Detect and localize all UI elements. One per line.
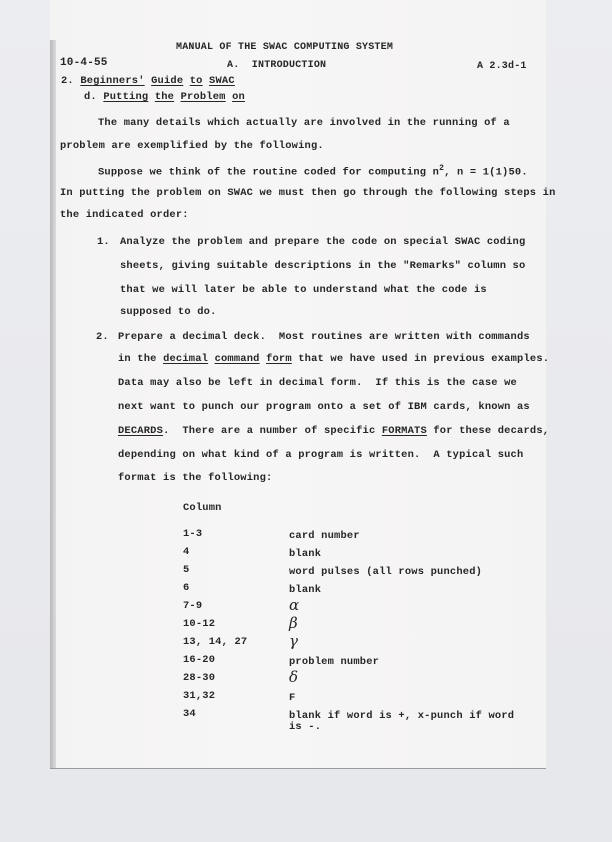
step-1-line: that we will later be able to understand… — [120, 284, 487, 296]
format-row-column: 31,32 — [183, 690, 215, 702]
page-id: A 2.3d-1 — [477, 61, 527, 72]
format-row-meaning: β — [289, 614, 298, 632]
format-row-meaning: α — [289, 596, 299, 614]
underlined-term: command — [215, 353, 260, 365]
format-row-column: 16-20 — [183, 654, 215, 666]
heading-2-word: Beginners' — [80, 75, 144, 87]
format-row-column: 10-12 — [183, 618, 215, 630]
text: in the — [118, 353, 163, 365]
heading-2-number: 2. — [61, 75, 74, 87]
heading-d-word: the — [155, 91, 174, 103]
text: , n = 1(1)50. — [444, 166, 528, 178]
format-row-meaning: blank — [289, 548, 321, 560]
step-2-line: format is the following: — [118, 472, 272, 484]
format-row-meaning: δ — [289, 668, 298, 686]
format-row-meaning: blank — [289, 584, 321, 596]
heading-d-word: on — [232, 91, 245, 103]
text: Suppose we think of the routine coded fo… — [98, 166, 439, 178]
step-2-line: Data may also be left in decimal form. I… — [118, 377, 517, 389]
step-1-line: sheets, giving suitable descriptions in … — [120, 260, 525, 272]
format-row-meaning: F — [289, 692, 295, 704]
paragraph-2-line: In putting the problem on SWAC we must t… — [60, 187, 556, 199]
heading-d-word: Problem — [181, 91, 226, 103]
format-row-meaning: is -. — [289, 721, 321, 733]
step-2-number: 2. — [96, 331, 109, 343]
format-row-column: 28-30 — [183, 672, 215, 684]
format-row-meaning: γ — [289, 632, 298, 650]
step-1-number: 1. — [97, 236, 110, 248]
heading-2-word: to — [190, 75, 203, 87]
text: that we have used in previous examples. — [292, 353, 549, 365]
manual-title: MANUAL OF THE SWAC COMPUTING SYSTEM — [176, 42, 393, 53]
format-row-column: 4 — [183, 546, 189, 558]
format-row-meaning: card number — [289, 530, 360, 542]
underlined-term: decimal — [163, 353, 208, 365]
format-row-column: 34 — [183, 708, 196, 720]
format-row-column: 6 — [183, 582, 189, 594]
heading-d-word: Putting — [103, 91, 148, 103]
heading-2: 2. Beginners' Guide to SWAC — [61, 75, 235, 87]
paragraph-1-line: The many details which actually are invo… — [98, 117, 510, 129]
heading-d: d. Putting the Problem on — [84, 91, 245, 103]
document-date: 10-4-55 — [60, 57, 108, 69]
format-row-column: 5 — [183, 564, 189, 576]
heading-d-number: d. — [84, 91, 97, 103]
format-row-column: 1-3 — [183, 528, 202, 540]
underlined-term: FORMATS — [382, 425, 427, 437]
step-2-line: Prepare a decimal deck. Most routines ar… — [118, 331, 530, 343]
underlined-term: DECARDS — [118, 425, 163, 437]
format-row-column: 7-9 — [183, 600, 202, 612]
heading-2-word: SWAC — [209, 75, 235, 87]
step-2-line: depending on what kind of a program is w… — [118, 449, 523, 461]
format-row-column: 13, 14, 27 — [183, 636, 247, 648]
paragraph-2-line: the indicated order: — [60, 209, 189, 221]
format-table-header: Column — [183, 502, 222, 514]
paragraph-1-line: problem are exemplified by the following… — [60, 140, 324, 152]
format-row-meaning: blank if word is +, x-punch if word — [289, 710, 514, 722]
step-1-line: Analyze the problem and prepare the code… — [120, 236, 525, 248]
format-row-meaning: problem number — [289, 656, 379, 668]
step-1-line: supposed to do. — [120, 306, 217, 318]
underlined-term: form — [266, 353, 292, 365]
step-2-line: DECARDS. There are a number of specific … — [118, 425, 549, 437]
paragraph-2-line: Suppose we think of the routine coded fo… — [98, 164, 528, 178]
heading-2-word: Guide — [151, 75, 183, 87]
section-title: A. INTRODUCTION — [227, 60, 326, 71]
format-row-meaning: word pulses (all rows punched) — [289, 566, 482, 578]
text: . There are a number of specific — [163, 425, 382, 437]
text: for these decards, — [427, 425, 549, 437]
step-2-line: in the decimal command form that we have… — [118, 353, 549, 365]
step-2-line: next want to punch our program onto a se… — [118, 401, 530, 413]
